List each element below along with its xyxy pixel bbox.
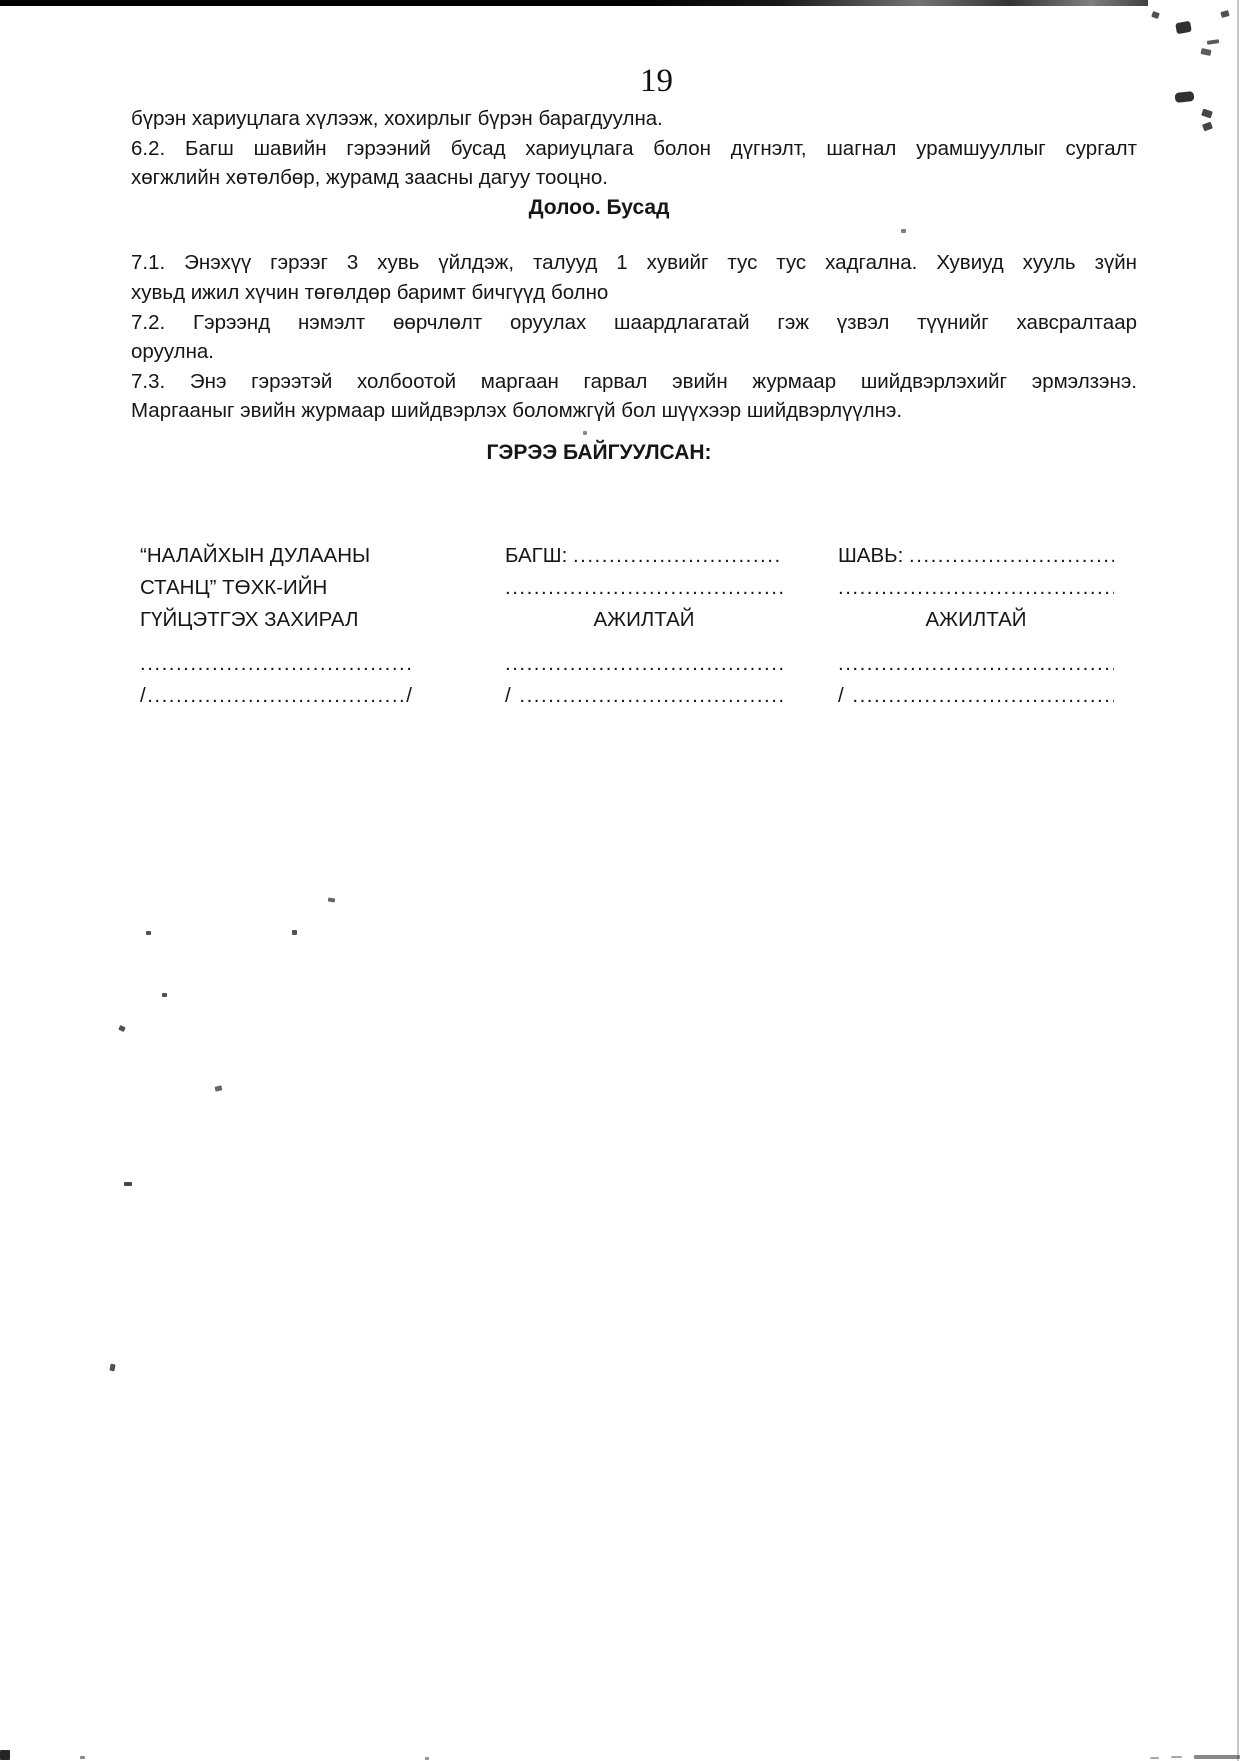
employer-name-line: “НАЛАЙХЫН ДУЛААНЫ: [140, 540, 472, 572]
name-slash-line: / ..................................... …: [505, 680, 783, 712]
ink-speck: [901, 229, 906, 233]
teacher-status-label: АЖИЛТАЙ: [505, 604, 783, 636]
student-role-label: ШАВЬ:: [838, 544, 903, 567]
ink-speck: [1202, 122, 1213, 132]
ink-speck: [109, 1364, 115, 1372]
signature-dotted-line: ........................................…: [838, 572, 1114, 604]
paragraph-6-2: 6.2. Багш шавийн гэрээний бусад хариуцла…: [131, 134, 1137, 193]
teacher-role-line: БАГШ: ..............................: [505, 540, 783, 572]
paragraph-7-2: 7.2. Гэрээнд нэмэлт өөрчлөлт оруулах шаа…: [131, 308, 1137, 367]
text-line: 6.2. Багш шавийн гэрээний бусад хариуцла…: [131, 134, 1137, 164]
scan-edge-bar-top: [0, 0, 1148, 6]
ink-speck: [162, 993, 167, 997]
signature-dotted-line: .......................................: [505, 648, 783, 680]
ink-speck: [1220, 10, 1229, 18]
name-slash-line: / ......................................…: [838, 680, 1114, 712]
ink-speck: [1201, 109, 1213, 119]
ink-speck: [1175, 91, 1195, 103]
signature-party-teacher: БАГШ: .............................. ...…: [505, 540, 783, 712]
text-line: 7.2. Гэрээнд нэмэлт өөрчлөлт оруулах шаа…: [131, 308, 1137, 338]
ink-speck: [215, 1085, 223, 1091]
paragraph-continued: бүрэн хариуцлага хүлээж, хохирлыг бүрэн …: [131, 104, 1137, 134]
signature-dotted-line: .......................................: [838, 648, 1114, 680]
ink-speck: [328, 898, 335, 903]
ink-speck: [124, 1182, 132, 1186]
employer-name-line: СТАНЦ” ТӨХК-ИЙН: [140, 572, 472, 604]
text-line: оруулна.: [131, 337, 1137, 367]
page-number: 19: [640, 64, 673, 98]
ink-speck: [583, 431, 587, 435]
signature-dotted-segment: ..............................: [573, 544, 783, 567]
scanned-contract-page: 19 бүрэн хариуцлага хүлээж, хохирлыг бүр…: [0, 0, 1240, 1761]
text-line: 7.1. Энэхүү гэрээг 3 хувь үйлдэж, талууд…: [131, 248, 1137, 278]
ink-speck: [425, 1757, 429, 1760]
signature-party-employer: “НАЛАЙХЫН ДУЛААНЫ СТАНЦ” ТӨХК-ИЙН ГҮЙЦЭТ…: [140, 540, 472, 712]
document-body: бүрэн хариуцлага хүлээж, хохирлыг бүрэн …: [131, 104, 1137, 468]
employer-name-line: ГҮЙЦЭТГЭХ ЗАХИРАЛ: [140, 604, 472, 636]
ink-speck: [146, 931, 151, 935]
paragraph-7-3: 7.3. Энэ гэрээтэй холбоотой маргаан гарв…: [131, 367, 1137, 426]
signing-heading: ГЭРЭЭ БАЙГУУЛСАН:: [131, 438, 1067, 468]
signature-dotted-line: ........................................…: [505, 572, 783, 604]
ink-speck: [1151, 11, 1160, 19]
student-role-line: ШАВЬ: ..............................: [838, 540, 1114, 572]
ink-speck: [1207, 39, 1219, 45]
paragraph-7-1: 7.1. Энэхүү гэрээг 3 хувь үйлдэж, талууд…: [131, 248, 1137, 307]
ink-speck: [292, 930, 297, 935]
text-line: Маргааныг эвийн журмаар шийдвэрлэх болом…: [131, 396, 1137, 426]
scan-edge-dash: [1194, 1755, 1240, 1759]
scan-edge-dash: [1171, 1756, 1182, 1758]
scan-corner-blob: [0, 1750, 10, 1760]
ink-speck: [80, 1756, 85, 1759]
signature-dotted-segment: ..............................: [909, 544, 1114, 567]
ink-speck: [1200, 48, 1211, 56]
teacher-role-label: БАГШ:: [505, 544, 567, 567]
signature-party-student: ШАВЬ: .............................. ...…: [838, 540, 1114, 712]
text-line: хувьд ижил хүчин төгөлдөр баримт бичгүүд…: [131, 278, 1137, 308]
ink-speck: [118, 1025, 126, 1032]
text-line: 7.3. Энэ гэрээтэй холбоотой маргаан гарв…: [131, 367, 1137, 397]
scan-edge-line-right: [1237, 0, 1239, 1761]
section-heading-seven: Долоо. Бусад: [131, 193, 1067, 223]
name-slash-line: /..................................../: [140, 680, 472, 712]
text-line: бүрэн хариуцлага хүлээж, хохирлыг бүрэн …: [131, 104, 1137, 134]
signature-dotted-line: ......................................: [140, 648, 472, 680]
text-line: хөгжлийн хөтөлбөр, журамд заасны дагуу т…: [131, 163, 1137, 193]
student-status-label: АЖИЛТАЙ: [838, 604, 1114, 636]
scan-edge-dash: [1150, 1757, 1159, 1759]
ink-speck: [1175, 21, 1192, 34]
